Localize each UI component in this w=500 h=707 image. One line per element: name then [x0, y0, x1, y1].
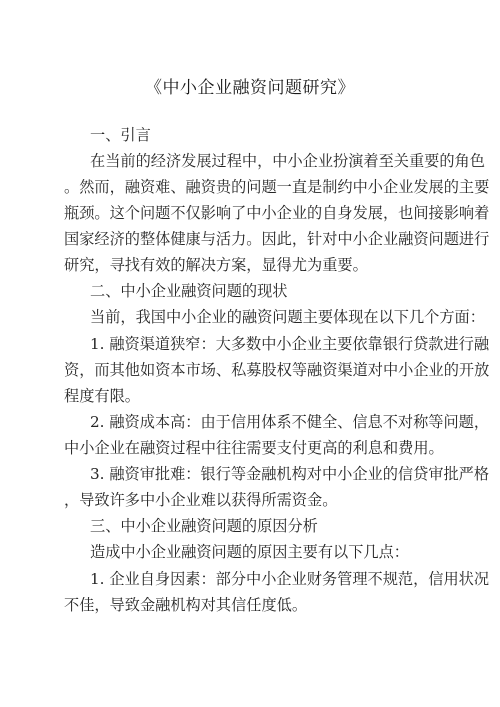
section-heading: 二、中小企业融资问题的现状 — [90, 280, 448, 302]
paragraph-line: 程度有限。 — [64, 385, 448, 407]
paragraph-line: 瓶颈。这个问题不仅影响了中小企业的自身发展，也间接影响着 — [64, 202, 448, 224]
paragraph-line: 不佳，导致金融机构对其信任度低。 — [64, 594, 448, 616]
list-item-line: 1. 企业自身因素：部分中小企业财务管理不规范，信用状况 — [90, 568, 448, 590]
list-item-line: 1. 融资渠道狭窄：大多数中小企业主要依靠银行贷款进行融 — [90, 333, 448, 355]
paragraph-line: 当前，我国中小企业的融资问题主要体现在以下几个方面： — [90, 306, 448, 328]
document-page: 《中小企业融资问题研究》 一、引言在当前的经济发展过程中，中小企业扮演着至关重要… — [0, 0, 500, 707]
list-item-line: 3. 融资审批难：银行等金融机构对中小企业的信贷审批严格 — [90, 463, 448, 485]
list-item-line: 2. 融资成本高：由于信用体系不健全、信息不对称等问题， — [90, 411, 448, 433]
paragraph-line: 国家经济的整体健康与活力。因此，针对中小企业融资问题进行 — [64, 228, 448, 250]
document-title: 《中小企业融资问题研究》 — [0, 77, 500, 99]
paragraph-line: 。然而，融资难、融资贵的问题一直是制约中小企业发展的主要 — [64, 176, 448, 198]
section-heading: 三、中小企业融资问题的原因分析 — [90, 515, 448, 537]
section-heading: 一、引言 — [90, 124, 448, 146]
paragraph-line: 在当前的经济发展过程中，中小企业扮演着至关重要的角色 — [90, 150, 448, 172]
paragraph-line: 研究，寻找有效的解决方案，显得尤为重要。 — [64, 254, 448, 276]
paragraph-line: ，导致许多中小企业难以获得所需资金。 — [64, 489, 448, 511]
paragraph-line: 中小企业在融资过程中往往需要支付更高的利息和费用。 — [64, 437, 448, 459]
paragraph-line: 资，而其他如资本市场、私募股权等融资渠道对中小企业的开放 — [64, 359, 448, 381]
paragraph-line: 造成中小企业融资问题的原因主要有以下几点： — [90, 541, 448, 563]
